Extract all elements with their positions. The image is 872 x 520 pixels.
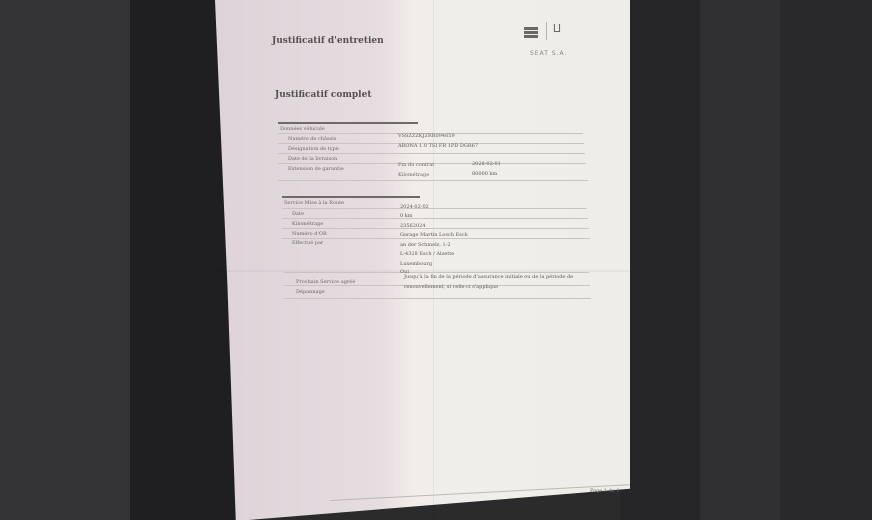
field-label: Date de la livraison	[288, 156, 337, 162]
field-value: ARONA 1.0 TSI FR 1PD DGR67	[398, 143, 478, 149]
section-title: Données véhicule	[280, 126, 325, 132]
field-value: renouvellement, si celle-ci s'applique	[404, 284, 498, 290]
address-line: an der Schmelz, 1-2	[400, 242, 451, 248]
field-label: Fin du contrat	[398, 162, 434, 168]
field-value: Jusqu'à la fin de la période d'assurance…	[404, 274, 573, 280]
field-label: Numéro d'OR	[292, 231, 327, 237]
row-divider	[278, 153, 585, 154]
section-rule	[282, 196, 420, 198]
field-value: 80000 km	[472, 171, 497, 177]
background-fabric	[700, 0, 780, 520]
field-value: 2028-02-01	[472, 161, 501, 167]
row-divider	[284, 272, 589, 273]
logo-divider	[546, 22, 547, 40]
row-divider	[282, 208, 587, 209]
page-number: Page 1 de 1	[590, 488, 620, 494]
document-subtitle: Justificatif complet	[275, 90, 371, 100]
field-label: Désignation de type	[288, 146, 339, 152]
row-divider	[282, 218, 588, 219]
brand-name: SEAT S.A.	[530, 50, 567, 57]
background-fabric	[0, 0, 130, 520]
section-title: Service Mise à la Route	[284, 200, 344, 206]
field-label: Date	[292, 211, 304, 217]
cupra-logo-icon: ⨿	[553, 22, 561, 36]
row-divider	[284, 298, 591, 299]
field-label: Effectué par	[292, 240, 323, 246]
paper-fold	[433, 0, 434, 520]
row-divider	[282, 238, 590, 239]
field-value: VSSZZZKJZRR094659	[398, 133, 455, 139]
field-label: Numéro de châssis	[288, 136, 336, 142]
field-label: Kilométrage	[292, 221, 323, 227]
address-line: Luxembourg	[400, 261, 432, 267]
field-value: 2024-02-02	[400, 204, 429, 210]
address-line: L-4328 Esch / Alzette	[400, 251, 454, 257]
field-label: Kilométrage	[398, 172, 429, 178]
row-divider	[278, 180, 588, 181]
seat-logo-icon	[524, 27, 538, 37]
background-fabric	[780, 0, 872, 520]
field-label: Extension de garantie	[288, 166, 344, 172]
section-rule	[278, 122, 418, 124]
document-title: Justificatif d'entretien	[272, 36, 384, 46]
row-divider	[282, 228, 589, 229]
maintenance-document	[215, 0, 630, 520]
field-label: Dépannage	[296, 289, 325, 295]
